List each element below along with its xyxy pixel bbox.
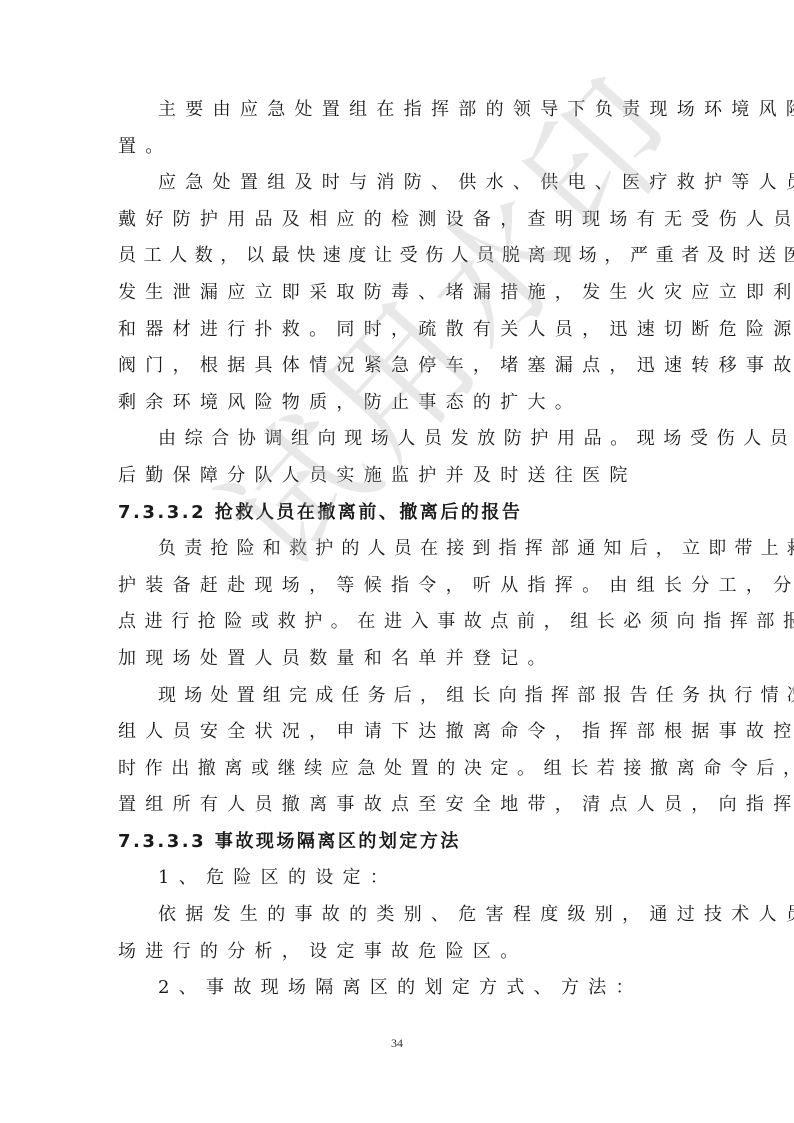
paragraph-line: 时作出撤离或继续应急处置的决定。组长若接撤离命令后，带现场处 [118, 751, 678, 788]
document-page: 主要由应急处置组在指挥部的领导下负责现场环境风险物质处 置。 应急处置组及时与消… [0, 0, 794, 1123]
page-content: 主要由应急处置组在指挥部的领导下负责现场环境风险物质处 置。 应急处置组及时与消… [118, 92, 678, 1007]
paragraph-line: 置组所有人员撤离事故点至安全地带，清点人员，向指挥部报告。 [118, 787, 678, 824]
page-number: 34 [0, 1036, 794, 1051]
paragraph-line: 主要由应急处置组在指挥部的领导下负责现场环境风险物质处 [118, 92, 678, 129]
paragraph-line: 阀门，根据具体情况紧急停车，堵塞漏点，迅速转移事故未波及到的 [118, 348, 678, 385]
paragraph-line: 依据发生的事故的类别、危害程度级别，通过技术人员对事故现 [118, 897, 678, 934]
paragraph-line: 护装备赶赴现场，等候指令，听从指挥。由组长分工，分批进入事发 [118, 568, 678, 605]
paragraph-line: 剩余环境风险物质，防止事态的扩大。 [118, 385, 678, 422]
list-item-danger-zone: 1、危险区的设定： [118, 860, 678, 897]
paragraph-line: 置。 [118, 129, 678, 166]
paragraph-line: 加现场处置人员数量和名单并登记。 [118, 641, 678, 678]
paragraph-line: 组人员安全状况，申请下达撤离命令，指挥部根据事故控制情况，即 [118, 714, 678, 751]
paragraph-line: 戴好防护用品及相应的检测设备，查明现场有无受伤人员，清点现场 [118, 202, 678, 239]
paragraph-line: 后勤保障分队人员实施监护并及时送往医院 [118, 458, 678, 495]
section-heading-7-3-3-3: 7.3.3.3 事故现场隔离区的划定方法 [118, 824, 678, 861]
list-item-isolation-zone: 2、事故现场隔离区的划定方式、方法： [118, 970, 678, 1007]
paragraph-line: 和器材进行扑救。同时，疏散有关人员，迅速切断危险源，关闭相关 [118, 312, 678, 349]
section-heading-7-3-3-2: 7.3.3.2 抢救人员在撤离前、撤离后的报告 [118, 495, 678, 532]
paragraph-line: 发生泄漏应立即采取防毒、堵漏措施，发生火灾应立即利用消防设施 [118, 275, 678, 312]
paragraph-line: 现场处置组完成任务后，组长向指挥部报告任务执行情况以及小 [118, 678, 678, 715]
paragraph-line: 应急处置组及时与消防、供水、供电、医疗救护等人员联络。佩 [118, 165, 678, 202]
paragraph-line: 由综合协调组向现场人员发放防护用品。现场受伤人员严重者由 [118, 421, 678, 458]
paragraph-line: 点进行抢险或救护。在进入事故点前，组长必须向指挥部报告每批参 [118, 604, 678, 641]
paragraph-line: 负责抢险和救护的人员在接到指挥部通知后，立即带上救护和防 [118, 531, 678, 568]
paragraph-line: 员工人数，以最快速度让受伤人员脱离现场，严重者及时送医院抢救。 [118, 238, 678, 275]
paragraph-line: 场进行的分析，设定事故危险区。 [118, 934, 678, 971]
